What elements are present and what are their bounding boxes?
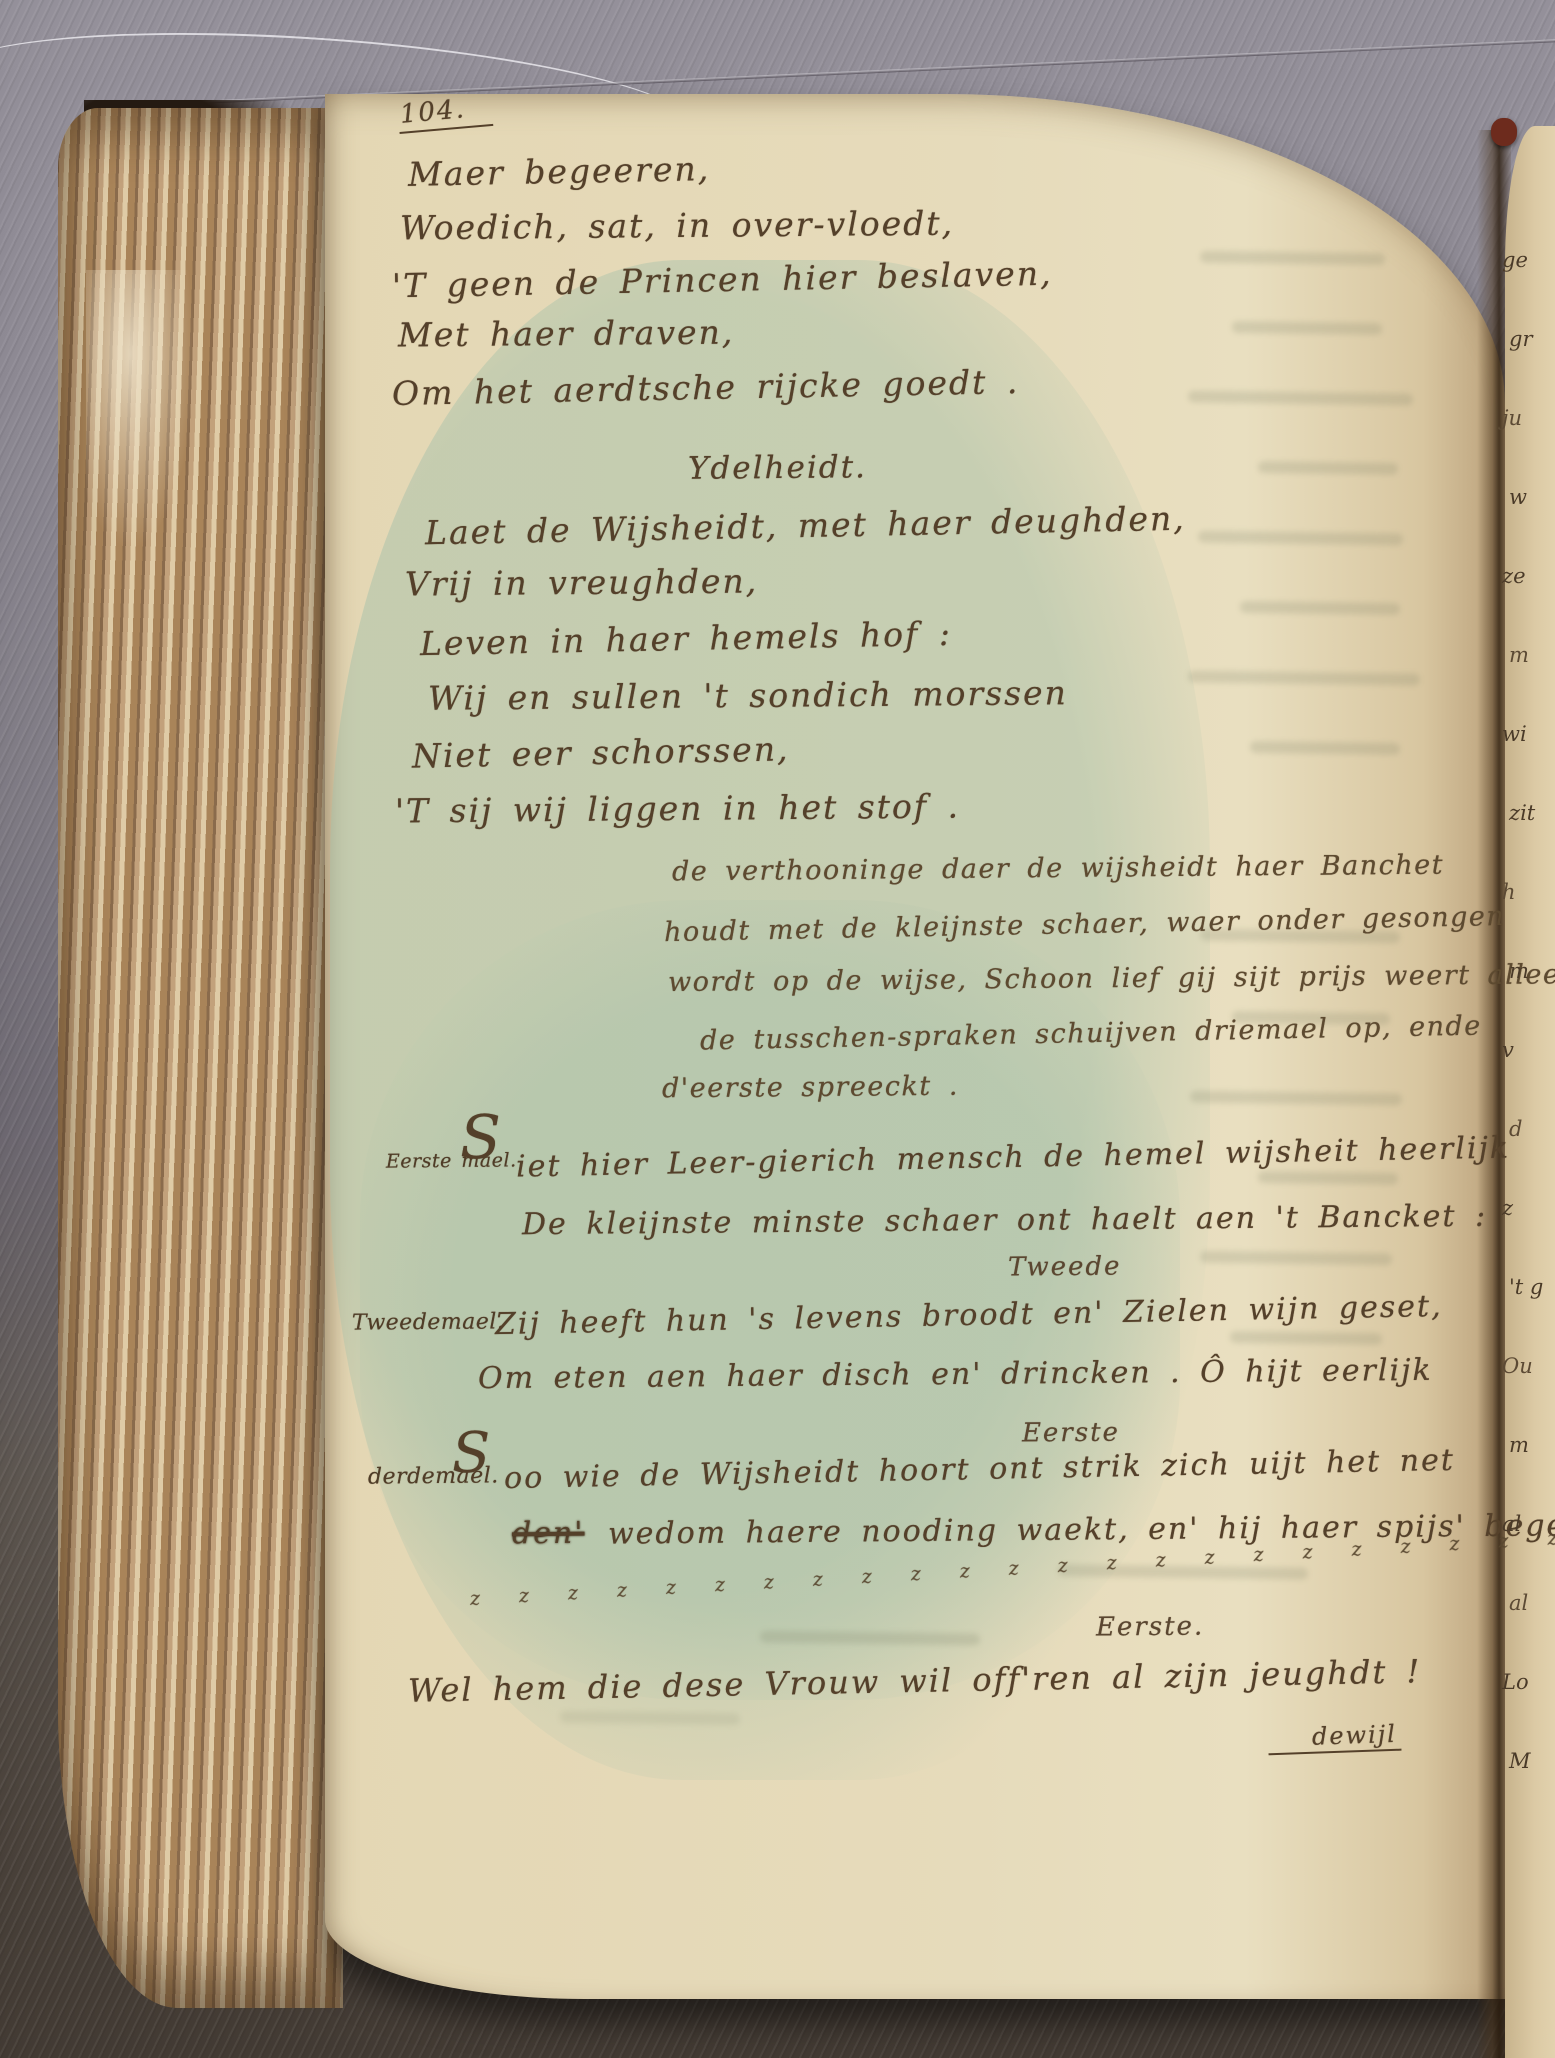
facing-page-fragment: wi bbox=[1502, 722, 1554, 746]
section-heading: Ydelheidt. bbox=[688, 449, 867, 487]
facing-page-fragment: w bbox=[1509, 485, 1554, 509]
struck-word: den' bbox=[512, 1516, 585, 1552]
bleed-through-ghost bbox=[1240, 601, 1400, 615]
facing-page-fragment: h bbox=[1502, 880, 1554, 904]
facing-page-fragment: v bbox=[1502, 1038, 1554, 1062]
bleed-through-ghost bbox=[1250, 741, 1400, 755]
stage-direction-line: d'eerste spreeckt . bbox=[662, 1071, 959, 1105]
verse-line: Wij en sullen 't sondich morssen bbox=[428, 673, 1068, 718]
initial-capital: S bbox=[452, 1426, 493, 1482]
verse-line: Vrij in vreughden, bbox=[405, 561, 758, 603]
bleed-through-ghost bbox=[1230, 1331, 1382, 1345]
verse-line: Niet eer schorssen, bbox=[412, 729, 790, 775]
facing-page-fragment: al bbox=[1502, 1512, 1554, 1536]
facing-page-fragment: ju bbox=[1502, 406, 1554, 430]
speaker-label: Tweedemael. bbox=[352, 1309, 505, 1335]
verse-line: Woedich, sat, in over-vloedt, bbox=[400, 204, 954, 248]
facing-page-fragment: m bbox=[1509, 959, 1554, 983]
bleed-through-ghost bbox=[1200, 251, 1385, 266]
facing-page-fragment: Ou bbox=[1502, 1354, 1554, 1378]
facing-page-fragment: m bbox=[1509, 1433, 1554, 1457]
bleed-through-ghost bbox=[1258, 461, 1398, 475]
bleed-through-ghost bbox=[1258, 1171, 1398, 1185]
song-cue: Tweede bbox=[1008, 1252, 1122, 1283]
facing-page-fragment: d bbox=[1509, 1117, 1554, 1141]
initial-capital: S bbox=[460, 1108, 504, 1168]
headband bbox=[1491, 118, 1517, 146]
facing-page-fragment: 't g bbox=[1509, 1275, 1554, 1299]
verse-line: 'T sij wij liggen in het stof . bbox=[395, 787, 960, 831]
facing-page-fragment: Lo bbox=[1502, 1670, 1554, 1694]
facing-page-fragment: z bbox=[1502, 1196, 1554, 1220]
bleed-through-ghost bbox=[1232, 321, 1382, 335]
verse-line: Met haer draven, bbox=[398, 313, 735, 355]
facing-page-fragment: zit bbox=[1509, 801, 1554, 825]
facing-page-fragment: al bbox=[1509, 1591, 1554, 1615]
facing-page-fragment: gr bbox=[1509, 327, 1554, 351]
facing-page-fragment: M bbox=[1509, 1749, 1554, 1773]
manuscript-photo: 104. Maer begeeren, Woedich, sat, in ove… bbox=[0, 0, 1555, 2058]
catchword: dewijl bbox=[1267, 1720, 1401, 1756]
verse-line: Maer begeeren, bbox=[408, 149, 711, 194]
facing-page-fragment: ze bbox=[1502, 564, 1554, 588]
facing-page-fragment: ge bbox=[1502, 248, 1554, 272]
song-cue: Eerste. bbox=[1096, 1612, 1205, 1643]
song-cue: Eerste bbox=[1022, 1418, 1120, 1449]
facing-page-fragments: ge gr ju w ze m wi zit h m v d z 't g Ou… bbox=[1502, 248, 1554, 1773]
bleed-through-ghost bbox=[560, 1711, 740, 1726]
worn-page-edge bbox=[86, 270, 196, 550]
facing-page-fragment: m bbox=[1509, 643, 1554, 667]
